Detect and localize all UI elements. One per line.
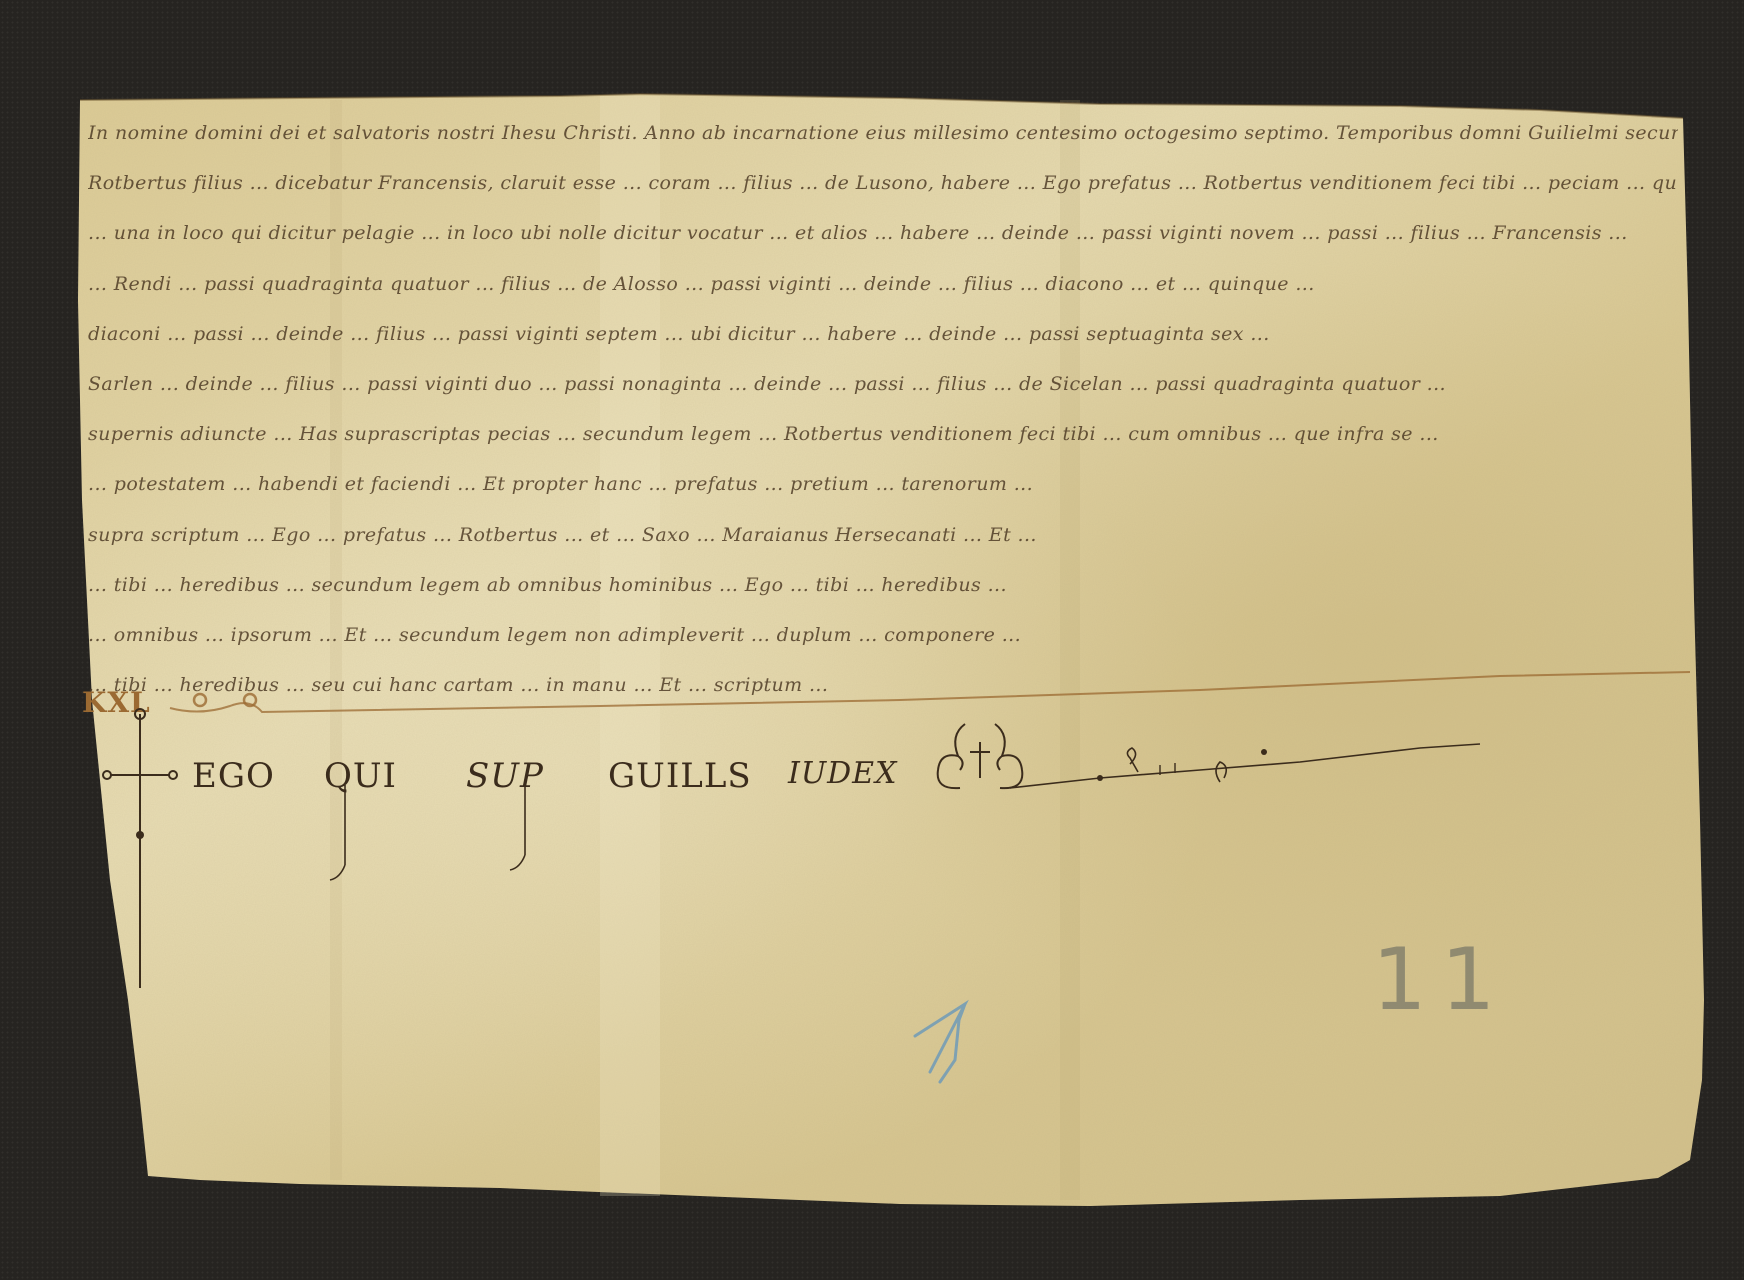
archival-pencil-number: 11	[1372, 930, 1509, 1030]
subscription-word-iudex: IUDEX	[788, 756, 897, 791]
subscription-word-ego: EGO	[192, 756, 275, 796]
subscription-word-sup: SUP	[466, 756, 544, 796]
subscription-word-qui: QUI	[324, 756, 397, 796]
subscription-word-guills: GUILLS	[608, 756, 752, 796]
subscription-row: EGO QUI SUP GUILLS IUDEX	[0, 756, 1744, 816]
signature-flourish-drawing	[0, 0, 1744, 1280]
blue-pencil-mark-icon	[905, 990, 995, 1094]
